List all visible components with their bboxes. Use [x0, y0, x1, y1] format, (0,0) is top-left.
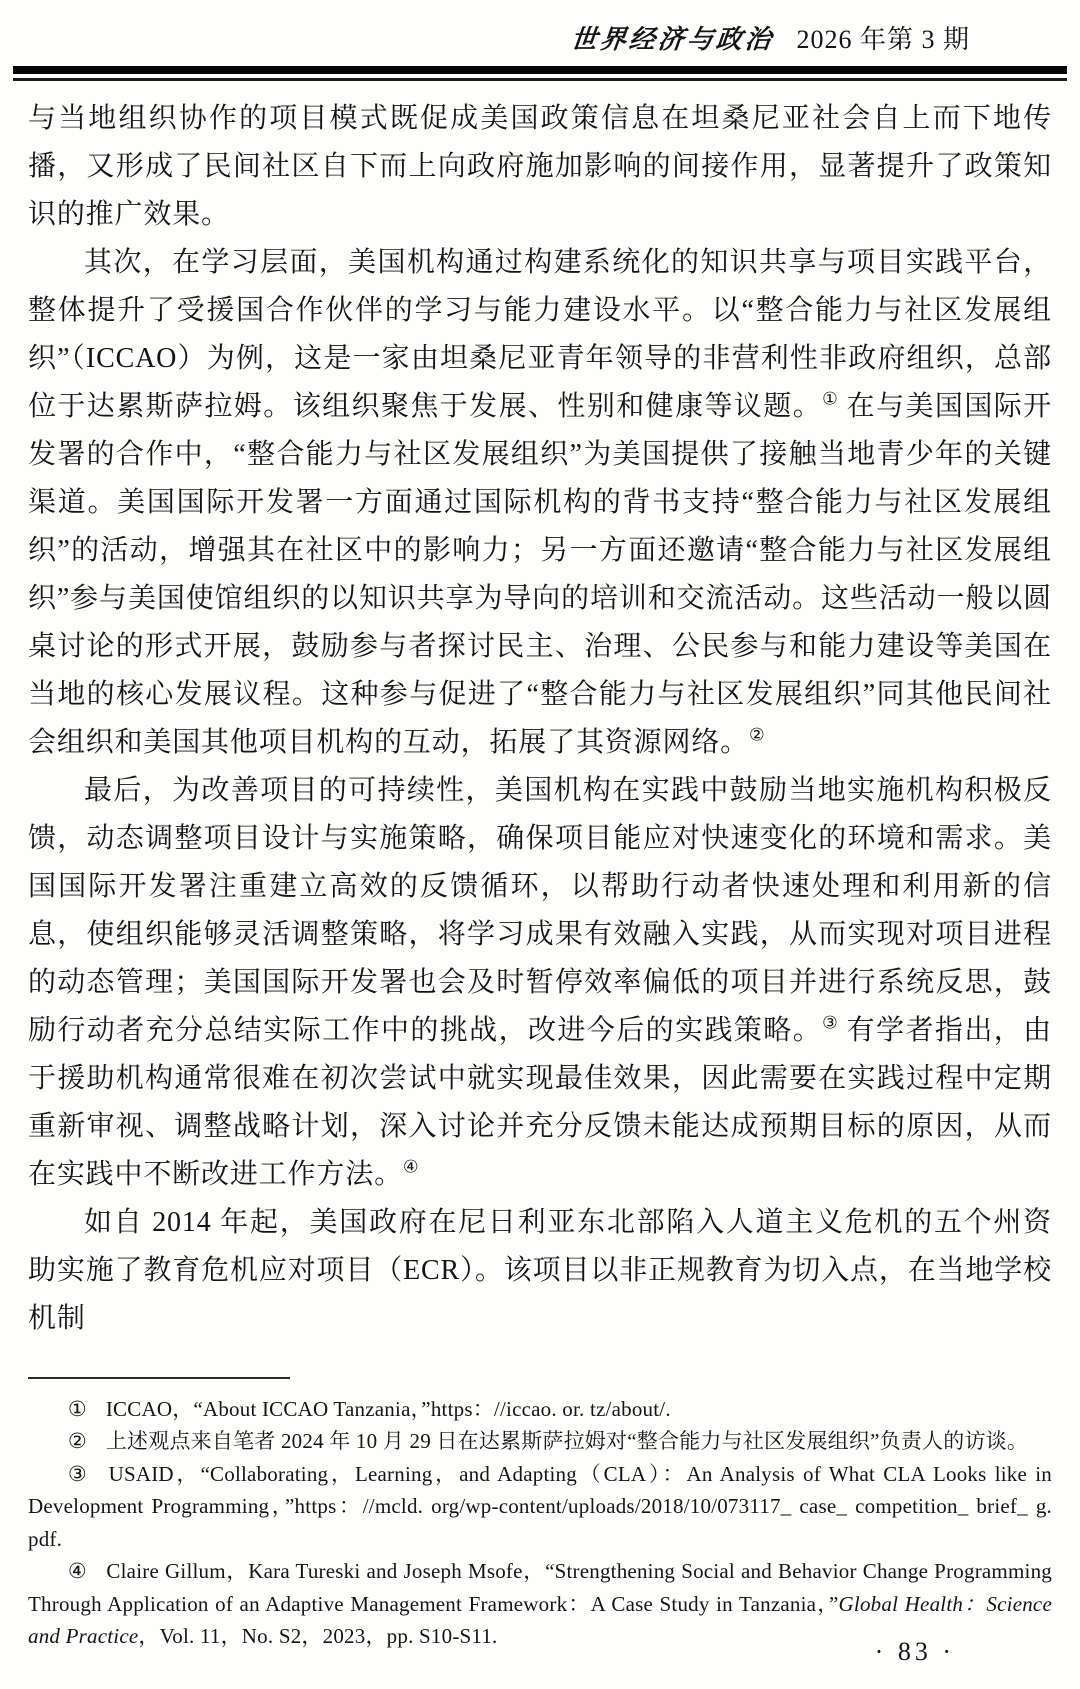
running-head: 世界经济与政治 2026 年第 3 期 — [28, 0, 1052, 56]
footnote-ref-4: ④ — [403, 1157, 419, 1176]
page-header: 世界经济与政治 2026 年第 3 期 — [28, 0, 1052, 81]
paragraph-continuation: 与当地组织协作的项目模式既促成美国政策信息在坦桑尼亚社会自上而下地传播，又形成了… — [28, 95, 1052, 239]
footnote-separator — [28, 1377, 290, 1379]
page-footer: ①ICCAO，“About ICCAO Tanzania，”https：//ic… — [28, 1377, 1052, 1653]
page-number: · 83 · — [875, 1637, 955, 1667]
footnote-text: USAID，“Collaborating，Learning，and Adapti… — [28, 1462, 1052, 1551]
footnotes: ①ICCAO，“About ICCAO Tanzania，”https：//ic… — [28, 1393, 1052, 1653]
footnote-marker: ② — [68, 1429, 87, 1453]
footnote-text: ，Vol. 11，No. S2，2023，pp. S10-S11. — [138, 1624, 497, 1648]
journal-page: 世界经济与政治 2026 年第 3 期 与当地组织协作的项目模式既促成美国政策信… — [0, 0, 1080, 1689]
header-rule-thick — [13, 66, 1067, 74]
paragraph-text: 最后，为改善项目的可持续性，美国机构在实践中鼓励当地实施机构积极反馈，动态调整项… — [28, 775, 1052, 1046]
footnote-3: ③USAID，“Collaborating，Learning，and Adapt… — [28, 1458, 1052, 1556]
paragraph-text: 如自 2014 年起，美国政府在尼日利亚东北部陷入人道主义危机的五个州资助实施了… — [28, 1207, 1052, 1334]
footnote-marker: ④ — [68, 1559, 88, 1583]
footnote-2: ②上述观点来自笔者 2024 年 10 月 29 日在达累斯萨拉姆对“整合能力与… — [28, 1425, 1052, 1458]
footnote-marker: ③ — [68, 1462, 90, 1486]
issue-info: 2026 年第 3 期 — [796, 25, 970, 54]
paragraph-learning: 其次，在学习层面，美国机构通过构建系统化的知识共享与项目实践平台，整体提升了受援… — [28, 239, 1052, 767]
paragraph-ecr-example: 如自 2014 年起，美国政府在尼日利亚东北部陷入人道主义危机的五个州资助实施了… — [28, 1199, 1052, 1343]
paragraph-text: 在与美国国际开发署的合作中，“整合能力与社区发展组织”为美国提供了接触当地青少年… — [28, 391, 1052, 758]
footnote-ref-2: ② — [749, 725, 765, 744]
footnote-ref-1: ① — [822, 389, 838, 408]
footnote-text: ICCAO，“About ICCAO Tanzania，”https：//icc… — [106, 1397, 671, 1421]
article-body: 与当地组织协作的项目模式既促成美国政策信息在坦桑尼亚社会自上而下地传播，又形成了… — [28, 95, 1052, 1343]
paragraph-sustainability: 最后，为改善项目的可持续性，美国机构在实践中鼓励当地实施机构积极反馈，动态调整项… — [28, 767, 1052, 1199]
header-rule-thin — [13, 78, 1067, 81]
paragraph-text: 与当地组织协作的项目模式既促成美国政策信息在坦桑尼亚社会自上而下地传播，又形成了… — [28, 103, 1052, 230]
footnote-text: 上述观点来自笔者 2024 年 10 月 29 日在达累斯萨拉姆对“整合能力与社… — [106, 1429, 1028, 1453]
journal-title: 世界经济与政治 — [569, 24, 775, 56]
footnote-ref-3: ③ — [822, 1013, 838, 1032]
footnote-marker: ① — [68, 1397, 87, 1421]
footnote-1: ①ICCAO，“About ICCAO Tanzania，”https：//ic… — [28, 1393, 1052, 1426]
